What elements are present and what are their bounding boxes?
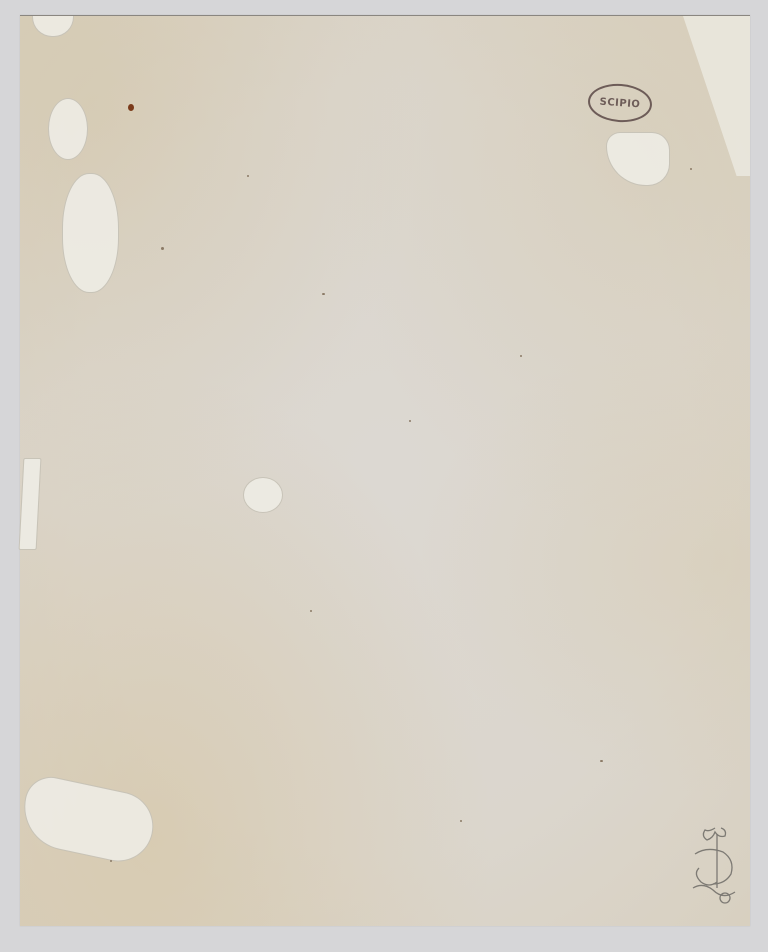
rust-stain (128, 104, 134, 111)
speck (247, 175, 249, 177)
speck (520, 355, 522, 357)
speck (600, 760, 603, 762)
speck (409, 420, 411, 422)
speck (110, 860, 112, 862)
hinge-left-elongated (62, 173, 119, 293)
speck (460, 820, 462, 822)
speck (310, 610, 312, 612)
stamp-text: SCIPIO (599, 96, 640, 110)
monogram-mark (685, 818, 745, 906)
hinge-center-circle (243, 477, 283, 513)
speck (322, 293, 325, 295)
speck (161, 247, 164, 250)
speck (690, 168, 692, 170)
hinge-top-left (48, 98, 88, 160)
